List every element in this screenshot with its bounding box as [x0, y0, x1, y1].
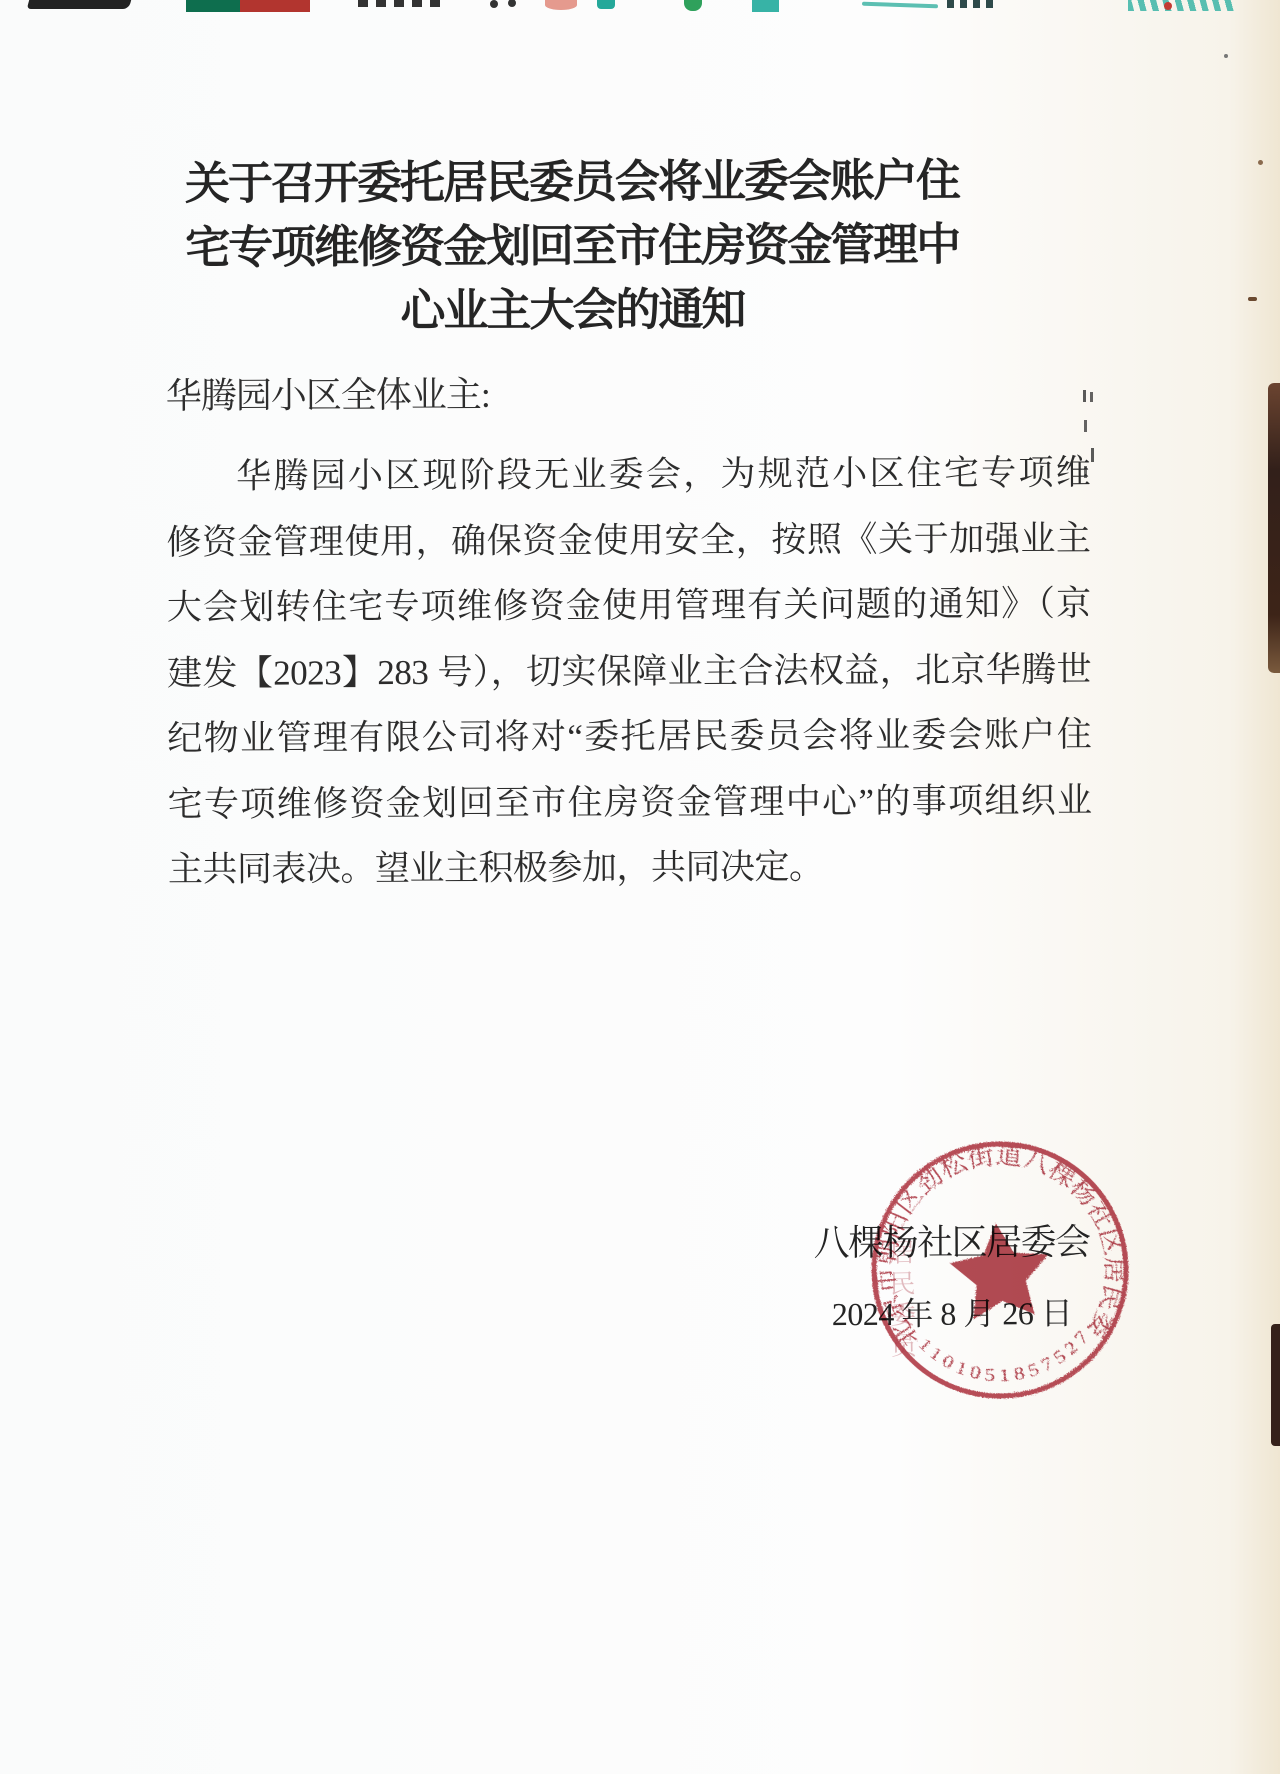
- scan-artifact: [27, 0, 131, 9]
- body-line: 建发【2023】283 号），切实保障业主合法权益，北京华腾世: [167, 637, 1091, 707]
- title-line: 关于召开委托居民委员会将业委会账户住: [172, 149, 972, 216]
- body-line: 主共同表决。望业主积极参加，共同决定。: [168, 833, 1092, 903]
- bleedthrough-mark: [1084, 466, 1087, 478]
- body-line: 纪物业管理有限公司将对“委托居民委员会将业委会账户住: [167, 702, 1091, 772]
- scan-artifact: [545, 0, 577, 10]
- title-line: 心业主大会的通知: [172, 277, 972, 344]
- scan-artifact: [240, 0, 310, 12]
- bleedthrough-mark: [1083, 390, 1086, 402]
- official-seal: 北京市朝阳区劲松街道八棵杨社区居民委员会 1101051857527 居民委员: [857, 1127, 1143, 1413]
- scan-artifact: [597, 0, 615, 9]
- scanned-document-page: 关于召开委托居民委员会将业委会账户住 宅专项维修资金划回至市住房资金管理中 心业…: [0, 0, 1280, 1774]
- scan-speck: [1224, 54, 1228, 58]
- seal-star: [947, 1219, 1054, 1321]
- document-title: 关于召开委托居民委员会将业委会账户住 宅专项维修资金划回至市住房资金管理中 心业…: [172, 149, 973, 344]
- seal-ghost-text: 居民委员: [881, 1238, 920, 1363]
- page-edge-shadow: [1268, 383, 1280, 673]
- scan-artifact: [186, 0, 240, 12]
- page-edge-shadow: [1271, 1324, 1280, 1446]
- salutation: 华腾园小区全体业主:: [166, 367, 490, 419]
- scan-artifact: [358, 0, 443, 7]
- scan-artifact: [1128, 0, 1234, 11]
- body-line: 宅专项维修资金划回至市住房资金管理中心”的事项组织业: [167, 768, 1091, 838]
- body-line: 大会划转住宅专项维修资金使用管理有关问题的通知》（京: [167, 571, 1091, 641]
- body-paragraph: 华腾园小区现阶段无业委会，为规范小区住宅专项维 修资金管理使用，确保资金使用安全…: [166, 440, 1092, 903]
- scan-artifact: [752, 0, 779, 12]
- title-line: 宅专项维修资金划回至市住房资金管理中: [172, 213, 972, 280]
- body-line: 修资金管理使用，确保资金使用安全，按照《关于加强业主: [166, 506, 1090, 576]
- body-line: 华腾园小区现阶段无业委会，为规范小区住宅专项维: [166, 440, 1090, 510]
- scan-speck: [1248, 297, 1257, 301]
- scan-artifact: [490, 0, 498, 8]
- bleedthrough-mark: [1090, 392, 1093, 402]
- scan-artifact: [1164, 2, 1172, 10]
- scan-speck: [1258, 160, 1263, 165]
- bleedthrough-mark: [1084, 420, 1087, 432]
- bleedthrough-mark: [1091, 448, 1094, 462]
- scan-artifact: [947, 0, 993, 8]
- document-content: 关于召开委托居民委员会将业委会账户住 宅专项维修资金划回至市住房资金管理中 心业…: [0, 0, 1280, 1774]
